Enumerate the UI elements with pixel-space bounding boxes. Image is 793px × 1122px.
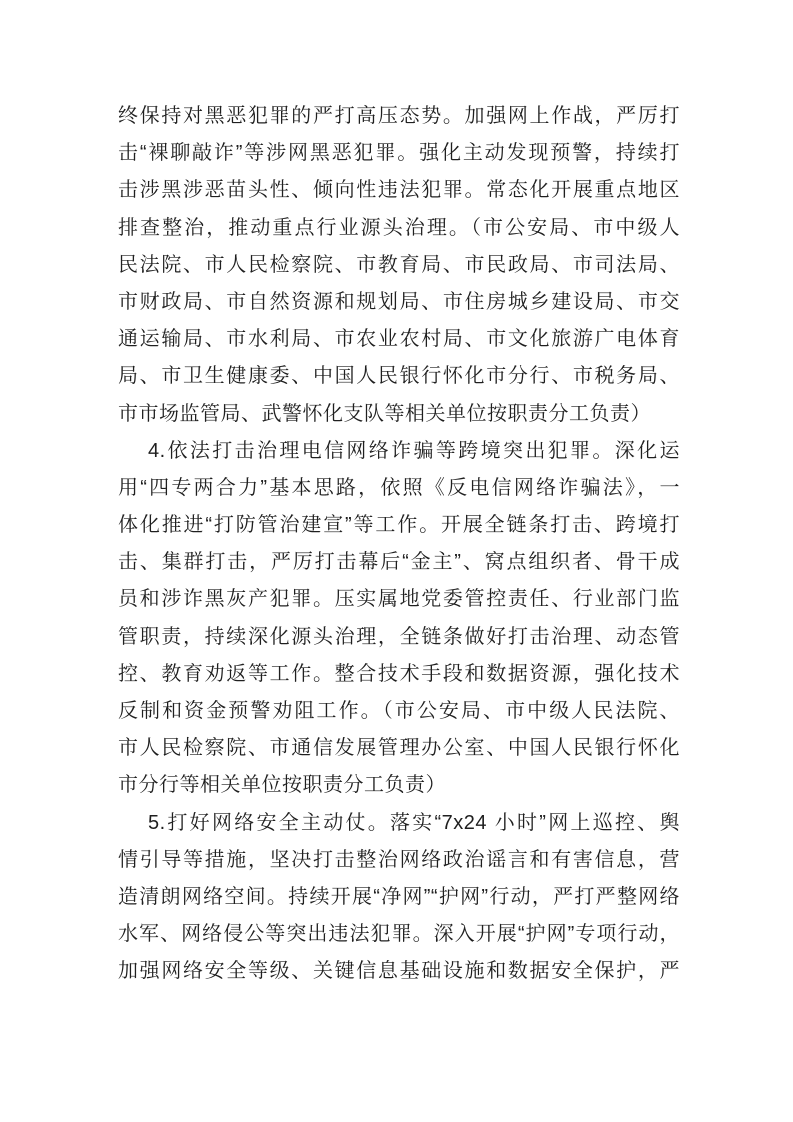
text-line: 控、教育劝返等工作。整合技术手段和数据资源，强化技术 [118, 656, 680, 693]
text-line-paragraph-start-item-5: 5.打好网络安全主动仗。落实“7x24 小时”网上巡控、舆 [118, 805, 680, 842]
document-page: 终保持对黑恶犯罪的严打高压态势。加强网上作战，严厉打 击“裸聊敲诈”等涉网黑恶犯… [0, 0, 793, 1122]
text-line: 击涉黑涉恶苗头性、倾向性违法犯罪。常态化开展重点地区 [118, 172, 680, 209]
text-line: 终保持对黑恶犯罪的严打高压态势。加强网上作战，严厉打 [118, 98, 680, 135]
text-line: 击、集群打击，严厉打击幕后“金主”、窝点组织者、骨干成 [118, 544, 680, 581]
text-line: 情引导等措施，坚决打击整治网络政治谣言和有害信息，营 [118, 842, 680, 879]
text-line-paragraph-start-item-4: 4.依法打击治理电信网络诈骗等跨境突出犯罪。深化运 [118, 433, 680, 470]
text-line: 通运输局、市水利局、市农业农村局、市文化旅游广电体育 [118, 321, 680, 358]
text-line: 民法院、市人民检察院、市教育局、市民政局、市司法局、 [118, 247, 680, 284]
text-line-paragraph-end: 市市场监管局、武警怀化支队等相关单位按职责分工负责） [118, 396, 680, 433]
text-line: 体化推进“打防管治建宣”等工作。开展全链条打击、跨境打 [118, 507, 680, 544]
text-line: 员和涉诈黑灰产犯罪。压实属地党委管控责任、行业部门监 [118, 581, 680, 618]
text-line: 水军、网络侵公等突出违法犯罪。深入开展“护网”专项行动， [118, 916, 680, 953]
text-line: 管职责，持续深化源头治理，全链条做好打击治理、动态管 [118, 619, 680, 656]
text-line: 市财政局、市自然资源和规划局、市住房城乡建设局、市交 [118, 284, 680, 321]
text-line: 市人民检察院、市通信发展管理办公室、中国人民银行怀化 [118, 730, 680, 767]
text-line: 击“裸聊敲诈”等涉网黑恶犯罪。强化主动发现预警，持续打 [118, 135, 680, 172]
text-line: 局、市卫生健康委、中国人民银行怀化市分行、市税务局、 [118, 358, 680, 395]
text-line: 加强网络安全等级、关键信息基础设施和数据安全保护，严 [118, 953, 680, 990]
text-line: 用“四专两合力”基本思路，依照《反电信网络诈骗法》，一 [118, 470, 680, 507]
text-line: 造清朗网络空间。持续开展“净网”“护网”行动，严打严整网络 [118, 879, 680, 916]
text-line-paragraph-end: 市分行等相关单位按职责分工负责） [118, 767, 680, 804]
text-line: 反制和资金预警劝阻工作。（市公安局、市中级人民法院、 [118, 693, 680, 730]
document-text-block: 终保持对黑恶犯罪的严打高压态势。加强网上作战，严厉打 击“裸聊敲诈”等涉网黑恶犯… [118, 98, 680, 991]
text-line: 排查整治，推动重点行业源头治理。（市公安局、市中级人 [118, 210, 680, 247]
